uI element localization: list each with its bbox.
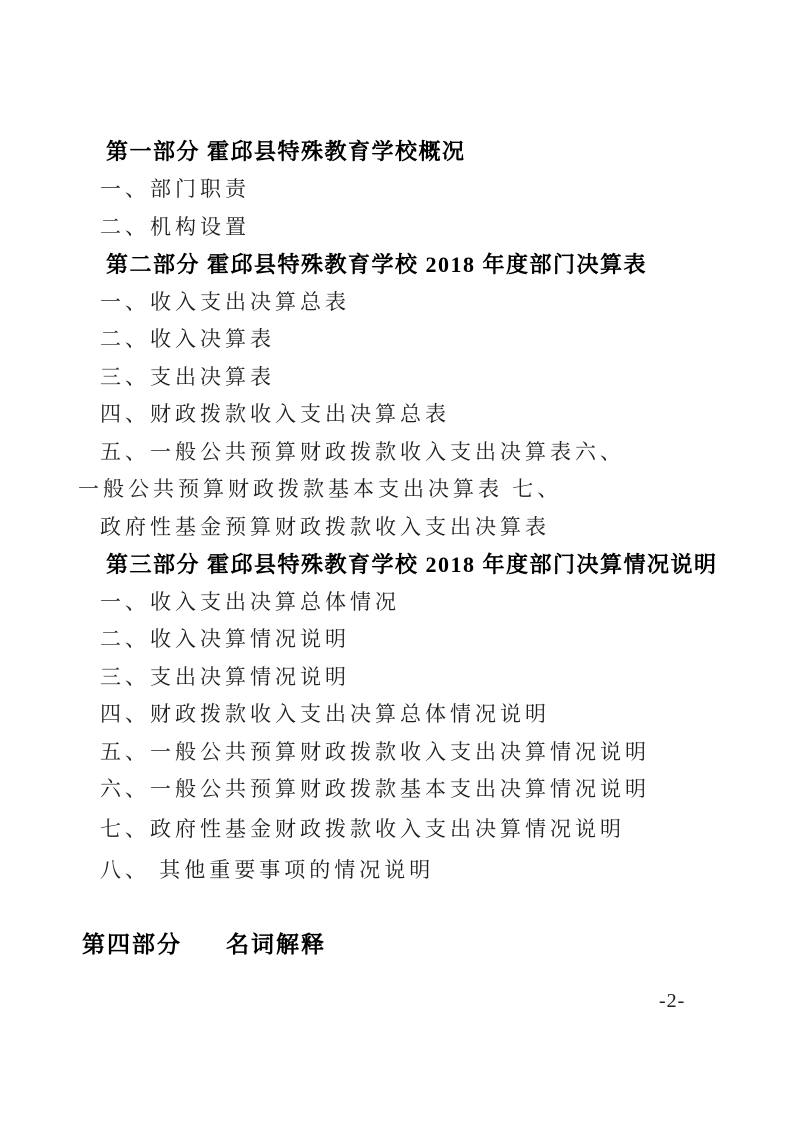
toc-part1-item-1: 一、部门职责 (0, 170, 793, 208)
toc-part3-item-5: 五、一般公共预算财政拨款收入支出决算情况说明 (0, 732, 793, 770)
page-number: -2- (659, 990, 685, 1013)
toc-part2-item-1: 一、收入支出决算总表 (0, 282, 793, 320)
toc-part4-heading: 第四部分名词解释 (0, 922, 793, 962)
table-of-contents: 第一部分 霍邱县特殊教育学校概况 一、部门职责 二、机构设置 第二部分 霍邱县特… (0, 132, 793, 962)
toc-part2-item-5: 五、一般公共预算财政拨款收入支出决算表六、 (0, 432, 793, 470)
toc-part3-item-8: 八、 其他重要事项的情况说明 (0, 851, 793, 889)
toc-part2-item-wrap-1: 一般公共预算财政拨款基本支出决算表 七、 (0, 470, 793, 508)
toc-part3-item-3: 三、支出决算情况说明 (0, 657, 793, 695)
toc-part1-item-2: 二、机构设置 (0, 207, 793, 245)
toc-part3-heading: 第三部分 霍邱县特殊教育学校 2018 年度部门决算情况说明 (0, 545, 793, 583)
toc-part3-item-6: 六、一般公共预算财政拨款基本支出决算情况说明 (0, 770, 793, 808)
toc-part4-title: 名词解释 (226, 926, 326, 959)
toc-part3-item-2: 二、收入决算情况说明 (0, 620, 793, 658)
toc-part4-label: 第四部分 (82, 926, 182, 959)
toc-part2-item-2: 二、收入决算表 (0, 320, 793, 358)
toc-part3-item-1: 一、收入支出决算总体情况 (0, 582, 793, 620)
toc-part3-item-4: 四、财政拨款收入支出决算总体情况说明 (0, 695, 793, 733)
toc-part2-heading: 第二部分 霍邱县特殊教育学校 2018 年度部门决算表 (0, 245, 793, 283)
toc-part2-item-4: 四、财政拨款收入支出决算总表 (0, 395, 793, 433)
toc-part2-item-3: 三、支出决算表 (0, 357, 793, 395)
toc-part1-heading: 第一部分 霍邱县特殊教育学校概况 (0, 132, 793, 170)
toc-part3-item-7: 七、政府性基金财政拨款收入支出决算情况说明 (0, 809, 793, 847)
toc-part2-item-wrap-2: 政府性基金预算财政拨款收入支出决算表 (0, 507, 793, 545)
document-page: 第一部分 霍邱县特殊教育学校概况 一、部门职责 二、机构设置 第二部分 霍邱县特… (0, 0, 793, 1122)
